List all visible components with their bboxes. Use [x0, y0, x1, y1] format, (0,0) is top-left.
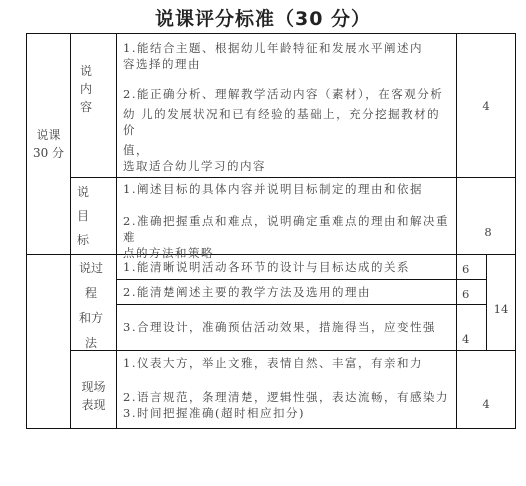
row-label-content: 说 内 容: [71, 62, 101, 116]
table-border-top: [26, 33, 516, 34]
criteria-performance: 1.仪表大方，举止文雅，表情自然、丰富，有亲和力 2.语言规范，条理清楚，逻辑性…: [117, 355, 456, 421]
score-process-2: 6: [462, 286, 476, 302]
row-label-performance: 现场 表现: [71, 378, 116, 414]
row-divider: [70, 177, 516, 178]
table-border-right: [515, 33, 516, 429]
page-title: 说课评分标准（30 分）: [0, 4, 526, 31]
criteria-objectives: 1.阐述目标的具体内容并说明目标制定的理由和依据 2.准确把握重点和难点，说明确…: [117, 181, 456, 261]
criteria-process-3: 3.合理设计，准确预估活动效果，措施得当，应变性强: [117, 319, 456, 335]
criteria-content: 1.能结合主题、根据幼儿年龄特征和发展水平阐述内 容选择的理由 2.能正确分析、…: [117, 40, 456, 174]
section-label-line1: 说课: [36, 126, 60, 144]
score-process-total: 14: [487, 300, 515, 318]
section-label-shuoke: 说课 30 分: [27, 34, 70, 254]
criteria-process-1: 1.能清晰说明活动各环节的设计与目标达成的关系: [117, 259, 456, 275]
section-label-line2: 30 分: [33, 144, 64, 162]
score-process-1: 6: [462, 261, 476, 277]
row-label-objectives: 说 目 标: [71, 180, 95, 252]
row-divider: [70, 350, 516, 351]
score-objectives: 8: [478, 224, 498, 240]
table-border-bottom: [26, 428, 516, 429]
row-divider: [116, 304, 486, 305]
score-process-3: 4: [462, 331, 476, 347]
criteria-process-2: 2.能清楚阐述主要的教学方法及选用的理由: [117, 284, 456, 300]
score-performance: 4: [457, 395, 515, 413]
row-label-process-method: 说过 程 和方 法: [71, 256, 111, 356]
score-content: 4: [457, 34, 515, 177]
row-divider: [116, 279, 486, 280]
